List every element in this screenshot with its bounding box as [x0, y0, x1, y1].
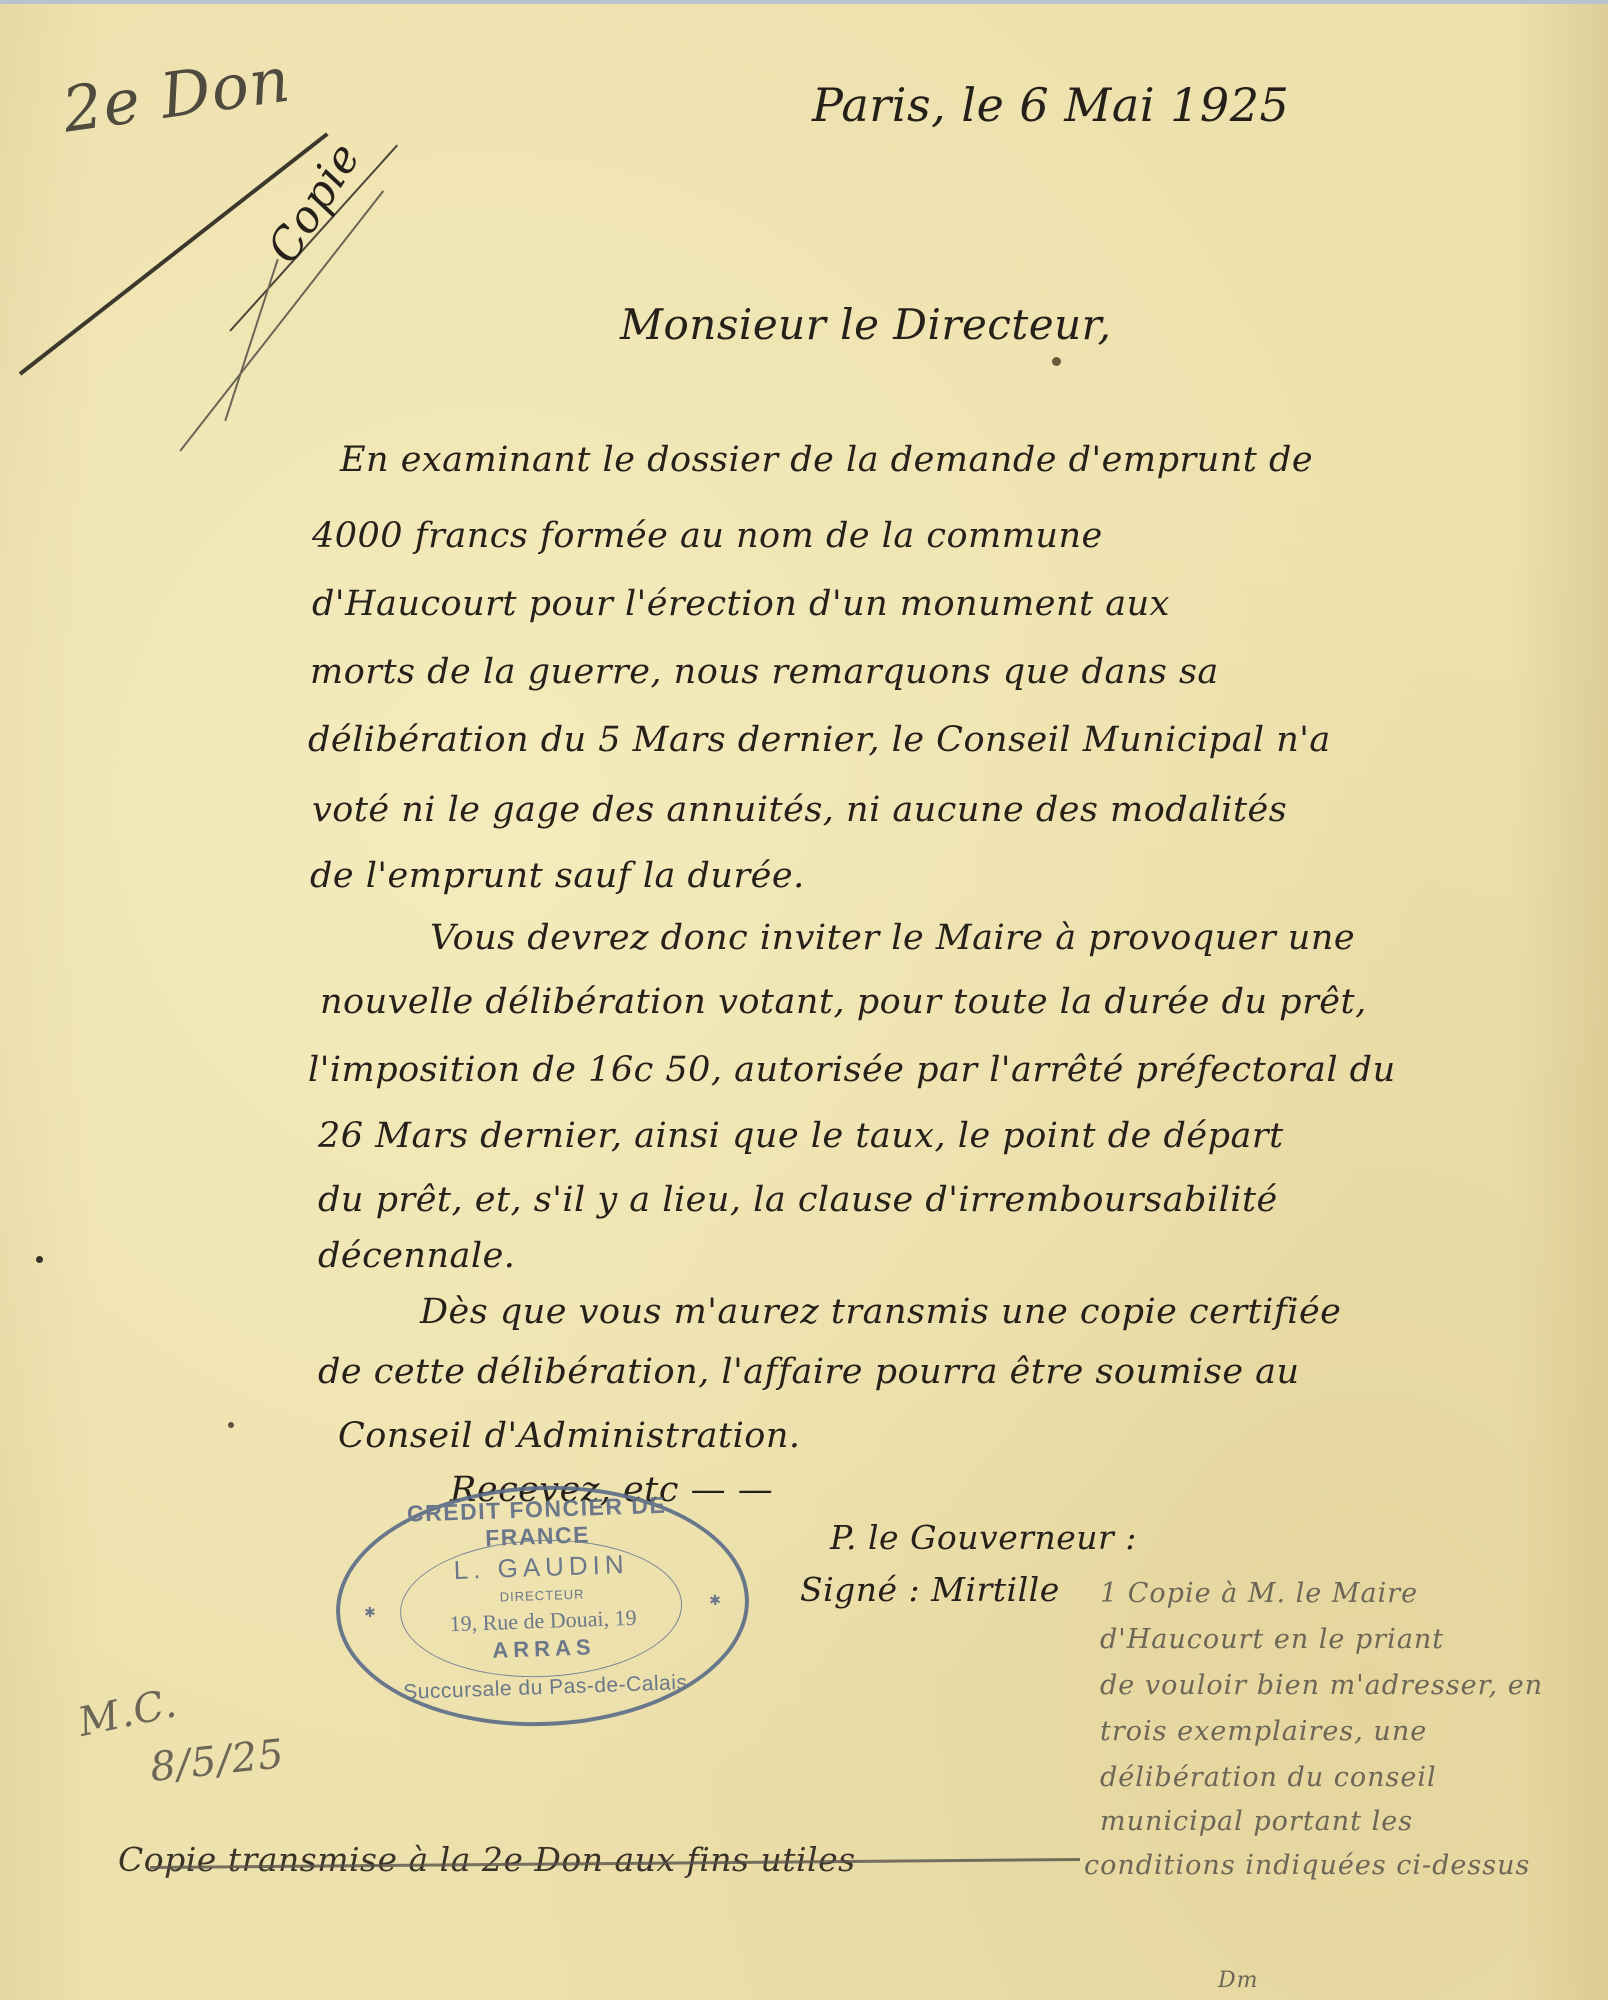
signatory-title: P. le Gouverneur :: [830, 1518, 1137, 1557]
body-line: de cette délibération, l'affaire pourra …: [318, 1352, 1300, 1392]
body-line: décennale.: [318, 1236, 515, 1276]
body-line: l'imposition de 16c 50, autorisée par l'…: [308, 1050, 1396, 1090]
footer-transmission-note: Copie transmise à la 2e Don aux fins uti…: [118, 1840, 856, 1879]
body-line: Conseil d'Administration.: [338, 1416, 801, 1456]
margin-note-line: 1 Copie à M. le Maire: [1100, 1578, 1418, 1609]
body-line: Vous devrez donc inviter le Maire à prov…: [430, 918, 1355, 958]
credit-foncier-stamp: CRÉDIT FONCIER DE FRANCE ✱ ✱ L. GAUDIN D…: [332, 1479, 753, 1733]
margin-note-line: trois exemplaires, une: [1100, 1716, 1427, 1747]
pencil-date: 8/5/25: [148, 1731, 287, 1791]
margin-note-line: conditions indiquées ci-dessus: [1084, 1850, 1530, 1881]
page-top-edge: [0, 0, 1608, 4]
margin-note-line: d'Haucourt en le priant: [1100, 1624, 1444, 1655]
body-line: En examinant le dossier de la demande d'…: [340, 440, 1313, 480]
body-line: de l'emprunt sauf la durée.: [310, 856, 805, 896]
body-line: nouvelle délibération votant, pour toute…: [320, 982, 1367, 1022]
copy-mark: Copie: [258, 134, 371, 272]
margin-note-line: délibération du conseil: [1100, 1762, 1437, 1793]
margin-note-line: de vouloir bien m'adresser, en: [1100, 1670, 1543, 1701]
body-line: morts de la guerre, nous remarquons que …: [310, 652, 1219, 692]
bottom-initials: Dm: [1218, 1968, 1259, 1993]
service-reference: 2e Don: [58, 42, 295, 146]
body-line: Dès que vous m'aurez transmis une copie …: [420, 1292, 1341, 1332]
margin-note-line: municipal portant les: [1100, 1806, 1413, 1837]
body-line: du prêt, et, s'il y a lieu, la clause d'…: [318, 1180, 1278, 1220]
salutation: Monsieur le Directeur,: [620, 300, 1111, 349]
ink-speck: [228, 1422, 234, 1428]
body-line: 4000 francs formée au nom de la commune: [312, 516, 1103, 556]
ink-speck: [1052, 357, 1061, 366]
diagonal-stroke: [224, 259, 278, 421]
letter-date: Paris, le 6 Mai 1925: [812, 78, 1289, 132]
stamp-institution: CRÉDIT FONCIER DE FRANCE: [356, 1490, 718, 1557]
ink-speck: [36, 1256, 43, 1263]
body-line: 26 Mars dernier, ainsi que le taux, le p…: [318, 1116, 1284, 1156]
body-line: d'Haucourt pour l'érection d'un monument…: [312, 584, 1170, 624]
pencil-initials: M.C.: [74, 1680, 181, 1746]
body-line: délibération du 5 Mars dernier, le Conse…: [308, 720, 1331, 760]
body-line: voté ni le gage des annuités, ni aucune …: [312, 790, 1287, 830]
signature-line: Signé : Mirtille: [800, 1570, 1060, 1609]
